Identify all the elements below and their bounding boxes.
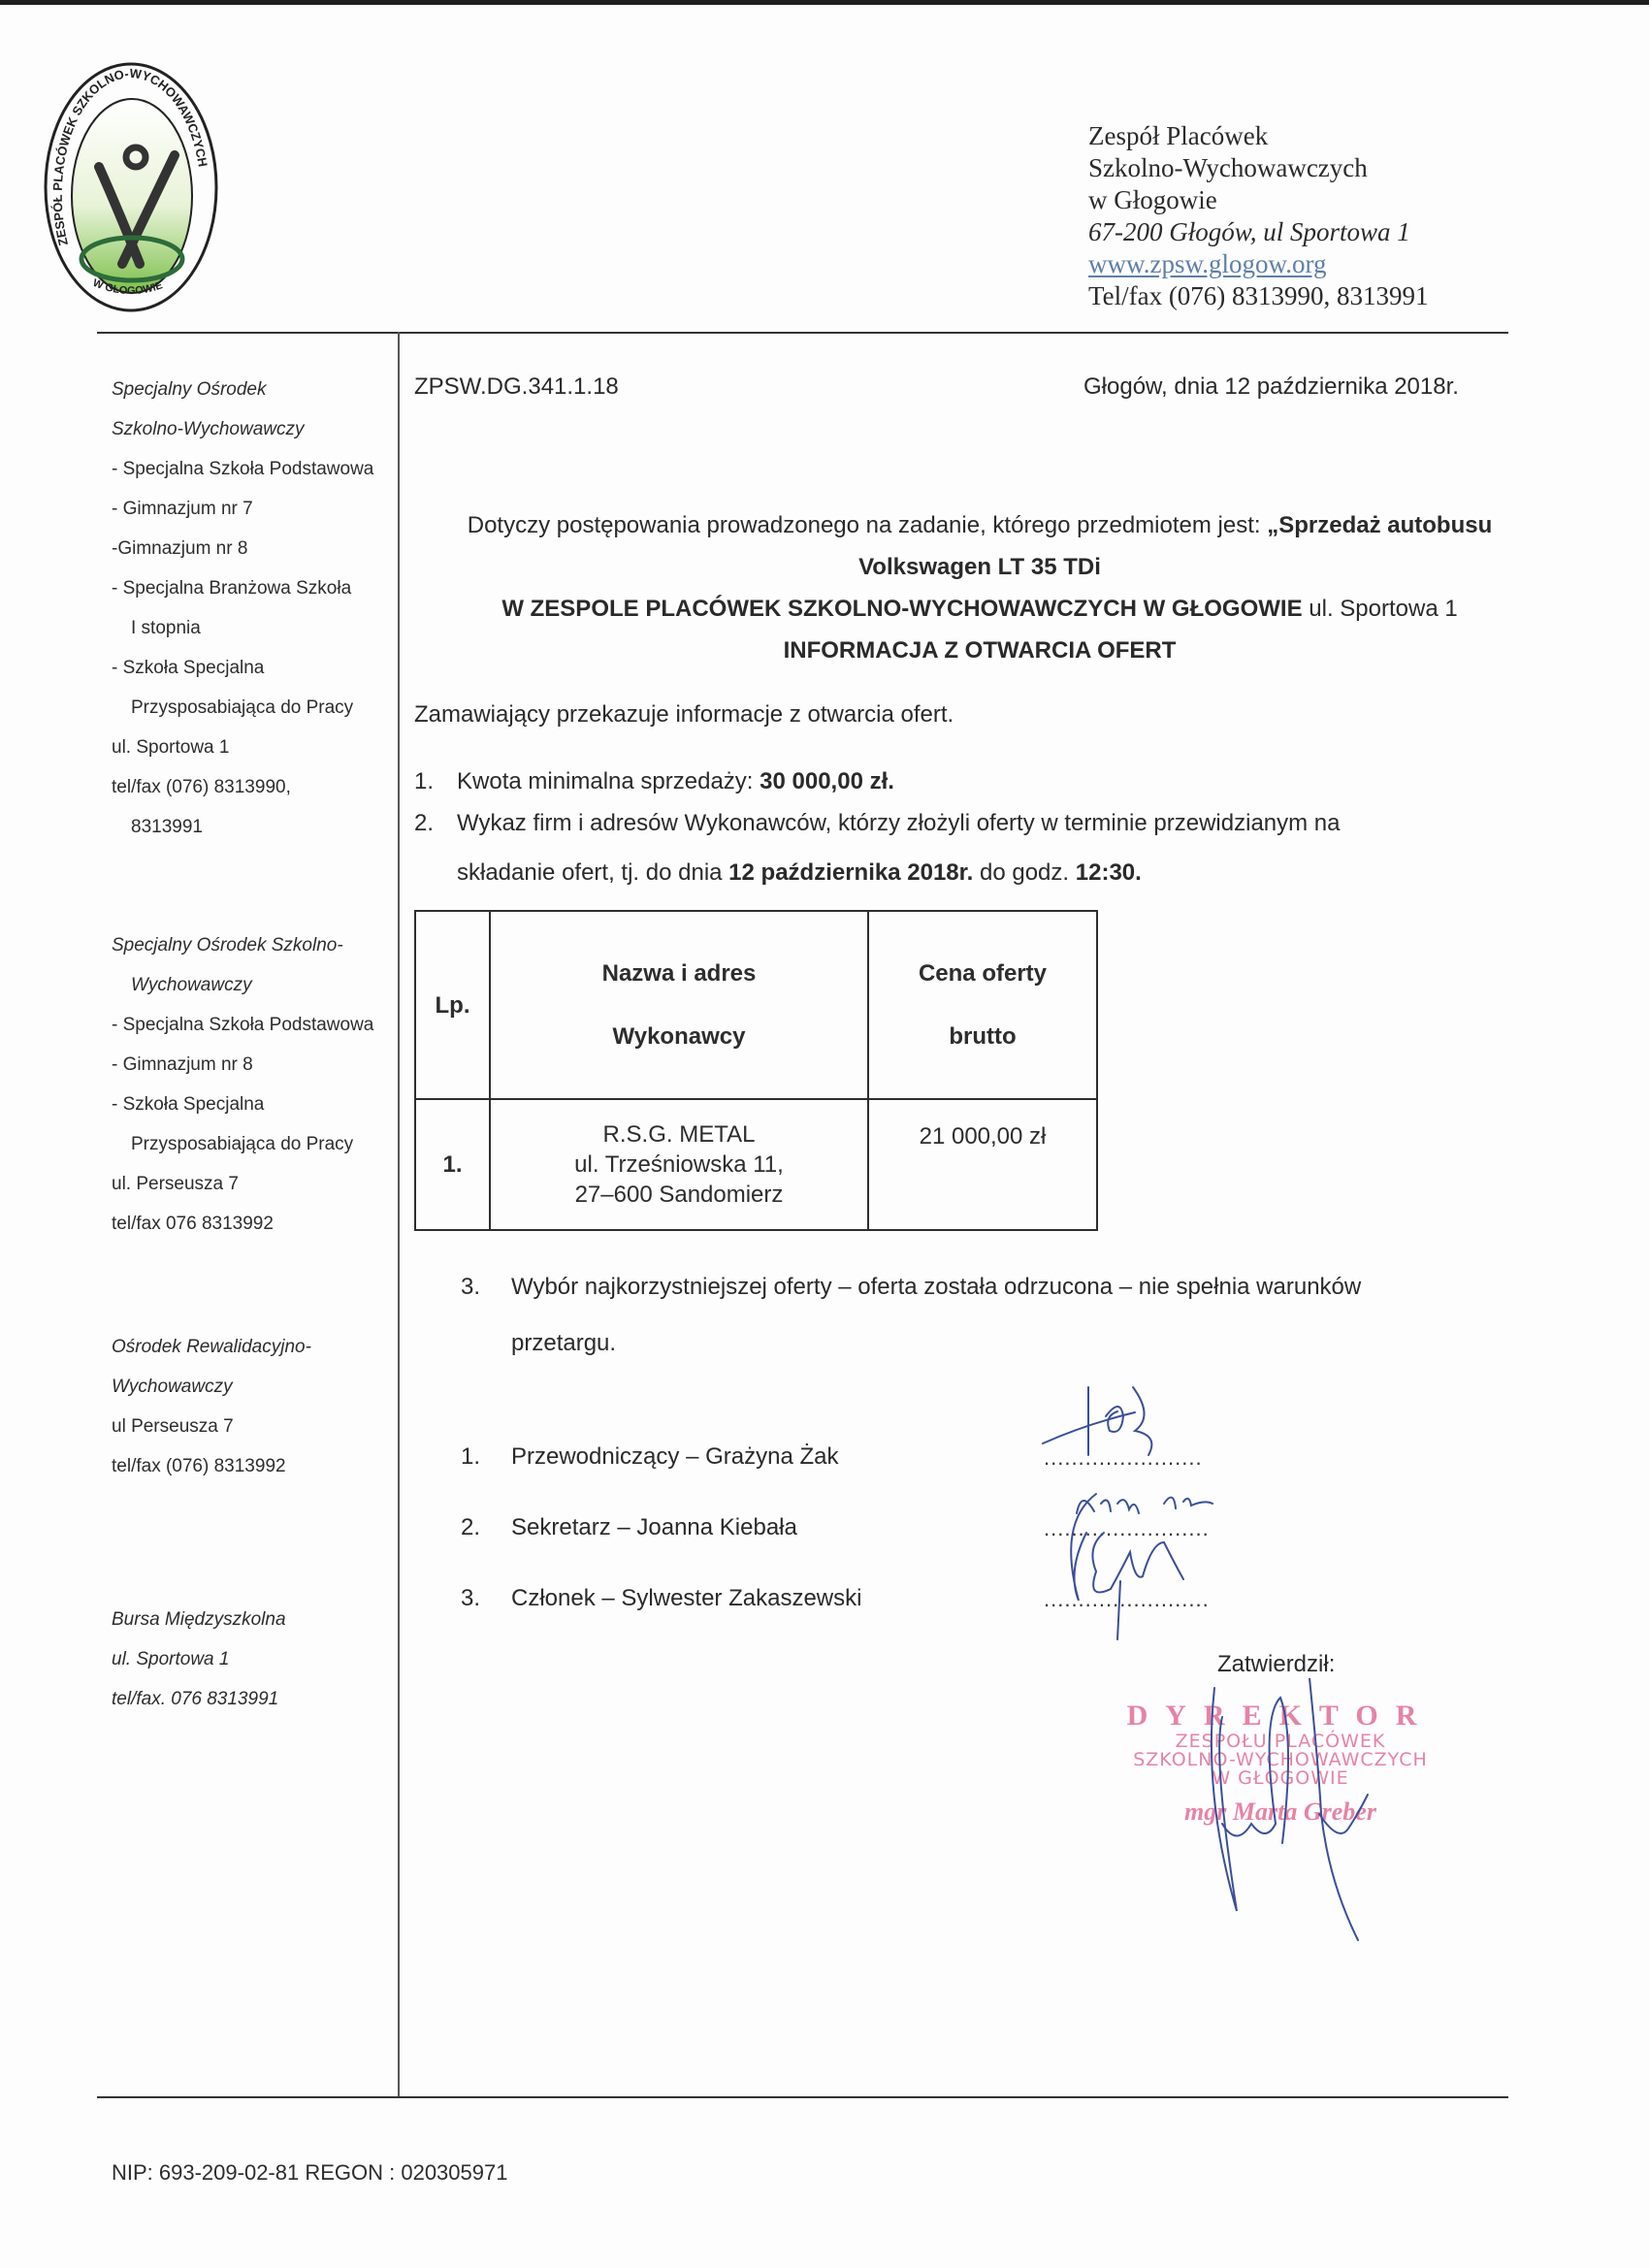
place-date: Głogów, dnia 12 października 2018r. [1083, 373, 1459, 401]
org-header: Zespół Placówek Szkolno-Wychowawczych w … [1088, 120, 1429, 312]
footer-divider [97, 2096, 1508, 2098]
sidebar-line: - Specjalna Branżowa Szkoła [112, 568, 393, 608]
sidebar-line: - Specjalna Szkoła Podstawowa [112, 1005, 393, 1045]
sidebar-units: Specjalny OśrodekSzkolno-Wychowawczy- Sp… [112, 370, 393, 1719]
sidebar-line: ul. Sportowa 1 [112, 1639, 393, 1679]
cell-lp: 1. [415, 1099, 490, 1230]
sidebar-line: Wychowawczy [112, 1367, 393, 1407]
committee-list: 1.Przewodniczący – Grażyna Żak 2.Sekreta… [461, 1438, 861, 1650]
cell-price: 21 000,00 zł [868, 1099, 1097, 1230]
deadline-time: 12:30. [1076, 859, 1142, 886]
org-name-line-2: Szkolno-Wychowawczych [1088, 152, 1429, 184]
sidebar-line: Przysposabiająca do Pracy [112, 688, 393, 728]
selection-result: 3. Wybór najkorzystniejszej oferty – ofe… [461, 1259, 1542, 1372]
header-divider [97, 332, 1508, 334]
list-item: 1. Kwota minimalna sprzedaży: 30 000,00 … [414, 761, 1544, 802]
org-name-line-3: w Głogowie [1088, 184, 1429, 216]
sidebar-line: - Szkoła Specjalna [112, 648, 393, 688]
sidebar-line: tel/fax. 076 8313991 [112, 1679, 393, 1719]
sidebar-unit-2: Specjalny Ośrodek Szkolno-Wychowawczy- S… [112, 925, 393, 1244]
tax-ids: NIP: 693-209-02-81 REGON : 020305971 [112, 2160, 507, 2186]
list-item-continuation: składanie ofert, tj. do dnia 12 paździer… [414, 844, 1544, 902]
col-header-price: Cena ofertybrutto [868, 911, 1097, 1099]
org-website-link[interactable]: www.zpsw.glogow.org [1088, 248, 1429, 280]
committee-member: 2.Sekretarz – Joanna Kiebała [461, 1508, 861, 1579]
sidebar-line: - Specjalna Szkoła Podstawowa [112, 449, 393, 489]
sidebar-unit-4: Bursa Międzyszkolnaul. Sportowa 1tel/fax… [112, 1600, 393, 1719]
sidebar-divider [398, 332, 400, 2097]
sidebar-line: ul. Sportowa 1 [112, 728, 393, 767]
sidebar-line: - Gimnazjum nr 8 [112, 1045, 393, 1085]
sidebar-line: ul Perseusza 7 [112, 1407, 393, 1446]
col-header-lp: Lp. [415, 911, 490, 1099]
sidebar-line: -Gimnazjum nr 8 [112, 529, 393, 568]
org-address: 67-200 Głogów, ul Sportowa 1 [1088, 216, 1429, 248]
minimum-price: 30 000,00 zł. [760, 768, 894, 794]
subject-org: W ZESPOLE PLACÓWEK SZKOLNO-WYCHOWAWCZYCH… [501, 596, 1302, 622]
deadline-date: 12 października 2018r. [728, 859, 973, 886]
sidebar-unit-3: Ośrodek Rewalidacyjno-Wychowawczyul Pers… [112, 1327, 393, 1486]
sidebar-line: Bursa Międzyszkolna [112, 1600, 393, 1639]
document-title: INFORMACJA Z OTWARCIA OFERT [784, 637, 1177, 664]
sidebar-line: Wychowawczy [112, 965, 393, 1005]
sidebar-line: Ośrodek Rewalidacyjno- [112, 1327, 393, 1367]
sidebar-line: I stopnia [112, 608, 393, 648]
table-header-row: Lp. Nazwa i adresWykonawcy Cena ofertybr… [415, 911, 1097, 1099]
sidebar-line: - Gimnazjum nr 7 [112, 489, 393, 529]
org-phone: Tel/fax (076) 8313990, 8313991 [1088, 280, 1429, 312]
info-list: 1. Kwota minimalna sprzedaży: 30 000,00 … [414, 761, 1544, 902]
handwritten-signatures [1028, 1377, 1358, 1659]
cell-contractor: R.S.G. METAL ul. Trześniowska 11, 27–600… [490, 1099, 868, 1230]
sidebar-line: Przysposabiająca do Pracy [112, 1124, 393, 1164]
intro-text: Zamawiający przekazuje informacje z otwa… [414, 701, 954, 729]
sidebar-unit-1: Specjalny OśrodekSzkolno-Wychowawczy- Sp… [112, 370, 393, 847]
committee-member: 1.Przewodniczący – Grażyna Żak [461, 1438, 861, 1508]
col-header-contractor: Nazwa i adresWykonawcy [490, 911, 868, 1099]
table-row: 1. R.S.G. METAL ul. Trześniowska 11, 27–… [415, 1099, 1097, 1230]
director-signature [1193, 1678, 1406, 1950]
scan-top-edge [0, 0, 1649, 5]
school-logo: ZESPÓŁ PLACÓWEK SZKOLNO-WYCHOWAWCZYCH W … [39, 60, 223, 314]
org-name-line-1: Zespół Placówek [1088, 120, 1429, 152]
reference-number: ZPSW.DG.341.1.18 [414, 373, 619, 401]
sidebar-line: tel/fax (076) 8313992 [112, 1446, 393, 1486]
subject-intro: Dotyczy postępowania prowadzonego na zad… [468, 512, 1267, 538]
sidebar-line: tel/fax 076 8313992 [112, 1204, 393, 1244]
sidebar-line: Specjalny Ośrodek Szkolno- [112, 925, 393, 965]
sidebar-line: tel/fax (076) 8313990, [112, 767, 393, 807]
sidebar-line: 8313991 [112, 807, 393, 847]
committee-member: 3.Członek – Sylwester Zakaszewski [461, 1579, 861, 1650]
sidebar-line: ul. Perseusza 7 [112, 1164, 393, 1204]
sidebar-line: Specjalny Ośrodek [112, 370, 393, 409]
sidebar-line: - Szkoła Specjalna [112, 1085, 393, 1124]
approved-label: Zatwierdził: [1217, 1651, 1335, 1678]
offers-table: Lp. Nazwa i adresWykonawcy Cena ofertybr… [414, 910, 1098, 1231]
subject-org-address: ul. Sportowa 1 [1303, 596, 1458, 622]
subject-block: Dotyczy postępowania prowadzonego na zad… [417, 504, 1542, 671]
sidebar-line: Szkolno-Wychowawczy [112, 409, 393, 449]
list-item: 2. Wykaz firm i adresów Wykonawców, któr… [414, 802, 1544, 844]
